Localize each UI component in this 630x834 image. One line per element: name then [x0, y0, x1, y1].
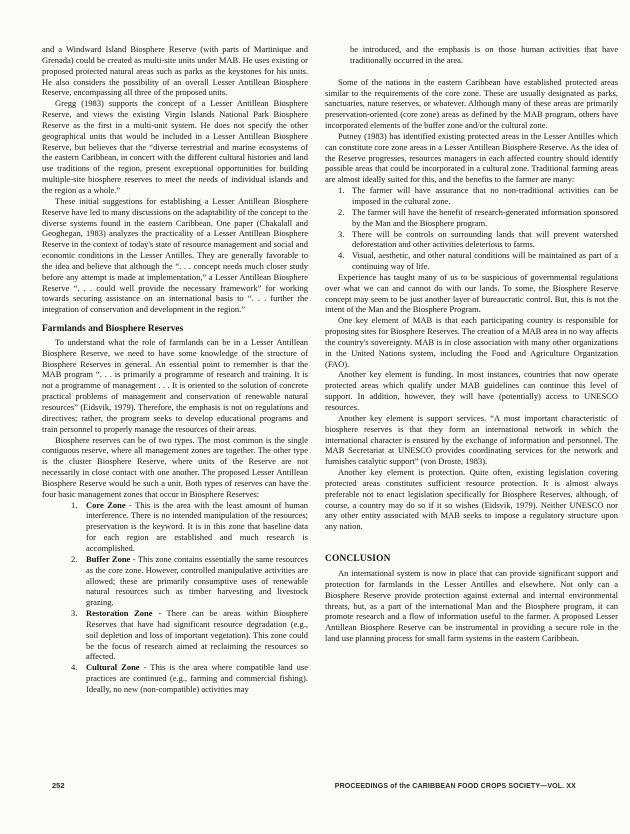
paragraph-key-element-mab: One key element of MAB is that each part… [325, 315, 618, 369]
paragraph-key-element-funding: Another key element is funding. In most … [325, 369, 618, 412]
list-item-benefit-1: 1.The farmer will have assurance that no… [325, 185, 618, 207]
list-item-benefit-2: 2.The farmer will have the benefit of re… [325, 207, 618, 229]
list-item-benefit-4: 4.Visual, aesthetic, and other natural c… [325, 250, 618, 272]
farmer-benefit-list: 1.The farmer will have assurance that no… [325, 185, 618, 272]
list-number: 3. [71, 608, 77, 619]
list-item-buffer-zone: 2.Buffer Zone - This zone contains essen… [42, 554, 308, 608]
paragraph-conclusion: An international system is now in place … [325, 568, 618, 644]
list-number: 1. [338, 185, 344, 196]
list-item-cultural-zone: 4.Cultural Zone - This is the area where… [42, 662, 308, 695]
paragraph-key-element-support: Another key element is support services.… [325, 413, 618, 467]
benefit-text: There will be controls on surrounding la… [352, 229, 618, 250]
page-footer: 252 PROCEEDINGS of the CARIBBEAN FOOD CR… [52, 781, 576, 790]
paragraph-understand: To understand what the role of farmlands… [42, 337, 308, 435]
paragraph-experience: Experience has taught many of us to be s… [325, 272, 618, 315]
paragraph-reserve-types: Biosphere reserves can be of two types. … [42, 435, 308, 500]
list-number: 4. [338, 250, 344, 261]
left-column: and a Windward Island Biosphere Reserve … [42, 44, 308, 695]
zone-title: Core Zone [86, 500, 126, 510]
right-column: be introduced, and the emphasis is on th… [325, 44, 618, 695]
list-number: 2. [338, 207, 344, 218]
paragraph-putney: Putney (1983) has identified existing pr… [325, 131, 618, 185]
zone-title: Cultural Zone [86, 662, 140, 672]
page-number: 252 [52, 781, 65, 790]
paragraph-gregg: Gregg (1983) supports the concept of a L… [42, 98, 308, 196]
section-heading-conclusion: CONCLUSION [325, 554, 618, 565]
document-page: and a Windward Island Biosphere Reserve … [0, 0, 630, 834]
list-item-core-zone: 1.Core Zone - This is the area with the … [42, 500, 308, 554]
list-number: 2. [71, 554, 77, 565]
list-number: 4. [71, 662, 77, 673]
list-number: 1. [71, 500, 77, 511]
list-item-benefit-3: 3.There will be controls on surrounding … [325, 229, 618, 251]
benefit-text: The farmer will have the benefit of rese… [352, 207, 618, 228]
paragraph-key-element-protection: Another key element is protection. Quite… [325, 467, 618, 532]
list-number: 3. [338, 229, 344, 240]
paragraph-windward: and a Windward Island Biosphere Reserve … [42, 44, 308, 98]
paragraph-cultural-zone-continuation: be introduced, and the emphasis is on th… [350, 44, 618, 66]
zone-title: Restoration Zone [86, 608, 153, 618]
benefit-text: Visual, aesthetic, and other natural con… [352, 250, 618, 271]
section-heading-farmlands: Farmlands and Biosphere Reserves [42, 324, 308, 335]
list-item-restoration-zone: 3.Restoration Zone - There can be areas … [42, 608, 308, 662]
text-columns: and a Windward Island Biosphere Reserve … [42, 44, 618, 695]
proceedings-running-title: PROCEEDINGS of the CARIBBEAN FOOD CROPS … [335, 783, 576, 790]
zone-title: Buffer Zone [86, 554, 130, 564]
paragraph-nations: Some of the nations in the eastern Carib… [325, 77, 618, 131]
paragraph-suggestions: These initial suggestions for establishi… [42, 196, 308, 315]
management-zone-list: 1.Core Zone - This is the area with the … [42, 500, 308, 695]
benefit-text: The farmer will have assurance that no n… [352, 185, 618, 206]
